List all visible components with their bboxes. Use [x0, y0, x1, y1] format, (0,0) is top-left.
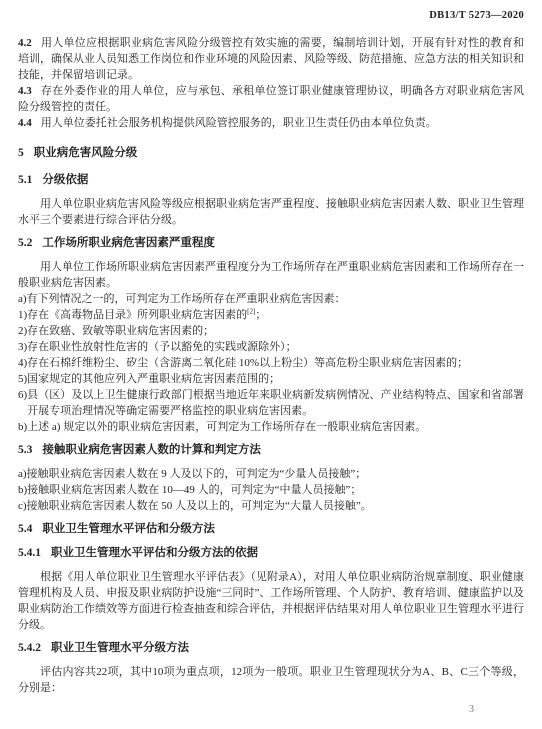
list-text-main: 接触职业病危害因素人数在 10—49 人的，可判定为“中量人员接触”；	[27, 484, 361, 496]
list-marker: b)	[18, 419, 27, 435]
list-item: a)接触职业病危害因素人数在 9 人及以下的，可判定为“少量人员接触”；	[18, 466, 524, 482]
section-title: 职业卫生管理水平评估和分级方法	[42, 523, 215, 535]
clause-text: 存在外委作业的用人单位，应与承包、承租单位签订职业健康管理协议，明确各方对职业病…	[18, 85, 524, 113]
clause-number: 4.2	[18, 37, 32, 49]
list-text-main: 存在职业性放射性危害的（予以豁免的实践或源除外）；	[27, 341, 297, 353]
list-marker: 1)	[18, 307, 27, 323]
document-body: 4.2用人单位应根据职业病危害风险分级管控有效实施的需要，编制培训计划，开展有针…	[18, 35, 524, 696]
section-title: 工作场所职业病危害因素严重程度	[42, 237, 215, 249]
list-item: 1)存在《高毒物品目录》所列职业病危害因素的[2]；	[18, 307, 524, 323]
clause-number: 4.4	[18, 117, 32, 129]
list-item: 5)国家规定的其他应列入严重职业病危害因素范围的；	[18, 371, 524, 387]
section-title: 分级依据	[42, 174, 88, 186]
clause-text: 用人单位应根据职业病危害风险分级管控有效实施的需要，编制培训计划，开展有针对性的…	[18, 37, 524, 81]
list-text: 有下列情况之一的，可判定为工作场所存在严重职业病危害因素：	[27, 291, 524, 307]
section-number: 5.3	[18, 444, 32, 456]
body-paragraph: 根据《用人单位职业卫生管理水平评估表》（见附录A），对用人单位职业病防治规章制度…	[18, 569, 524, 633]
section-title: 职业卫生管理水平分级方法	[51, 642, 189, 654]
section-title: 接触职业病危害因素人数的计算和判定方法	[42, 444, 261, 456]
document-page: DB13/T 5273—2020 4.2用人单位应根据职业病危害风险分级管控有效…	[0, 0, 542, 729]
list-marker: a)	[18, 291, 27, 307]
section-heading: 5.1分级依据	[18, 172, 524, 188]
list-text-main: 县（区）及以上卫生健康行政部门根据当地近年来职业病新发病例情况、产业结构特点、国…	[27, 389, 524, 417]
section-number: 5	[18, 147, 24, 159]
clause-text: 用人单位委托社会服务机构提供风险管控服务的，职业卫生责任仍由本单位负责。	[41, 117, 437, 129]
section-title: 职业卫生管理水平评估和分级方法的依据	[51, 547, 258, 559]
list-item: b)上述 a) 规定以外的职业病危害因素，可判定为工作场所存在一般职业病危害因素…	[18, 419, 524, 435]
list-item: 2)存在致癌、致敏等职业病危害因素的；	[18, 323, 524, 339]
list-text: 接触职业病危害因素人数在 10—49 人的，可判定为“中量人员接触”；	[27, 482, 524, 498]
section-number: 5.4	[18, 523, 32, 535]
list-text-main: 上述 a) 规定以外的职业病危害因素，可判定为工作场所存在一般职业病危害因素。	[27, 421, 426, 433]
section-heading: 5职业病危害风险分级	[18, 145, 524, 161]
section-number: 5.4.1	[18, 547, 41, 559]
body-paragraph: 用人单位工作场所职业病危害因素严重程度分为工作场所存在严重职业病危害因素和工作场…	[18, 259, 524, 291]
section-heading: 5.4.1职业卫生管理水平评估和分级方法的依据	[18, 545, 524, 561]
list-text: 接触职业病危害因素人数在 50 人及以上的，可判定为“大量人员接触”。	[27, 498, 524, 514]
page-number: 3	[469, 702, 474, 718]
list-item: c)接触职业病危害因素人数在 50 人及以上的，可判定为“大量人员接触”。	[18, 498, 524, 514]
list-marker: 6)	[18, 387, 27, 419]
body-paragraph: 用人单位职业病危害风险等级应根据职业病危害严重程度、接触职业病危害因素人数、职业…	[18, 196, 524, 228]
list-text-main: 存在石棉纤维粉尘、矽尘（含游离二氧化硅 10%以上粉尘）等高危粉尘职业病危害因素…	[27, 357, 468, 369]
list-text: 县（区）及以上卫生健康行政部门根据当地近年来职业病新发病例情况、产业结构特点、国…	[27, 387, 524, 419]
list-marker: 4)	[18, 355, 27, 371]
section-number: 5.1	[18, 174, 32, 186]
list-marker: 2)	[18, 323, 27, 339]
list-text-main: 接触职业病危害因素人数在 50 人及以上的，可判定为“大量人员接触”。	[27, 500, 372, 512]
body-paragraph: 评估内容共22项，其中10项为重点项，12项为一般项。职业卫生管理现状分为A、B…	[18, 664, 524, 696]
list-text: 存在职业性放射性危害的（予以豁免的实践或源除外）；	[27, 339, 524, 355]
section-heading: 5.4职业卫生管理水平评估和分级方法	[18, 521, 524, 537]
list-item: 6)县（区）及以上卫生健康行政部门根据当地近年来职业病新发病例情况、产业结构特点…	[18, 387, 524, 419]
clause-paragraph: 4.2用人单位应根据职业病危害风险分级管控有效实施的需要，编制培训计划，开展有针…	[18, 35, 524, 83]
list-text-main: 国家规定的其他应列入严重职业病危害因素范围的；	[27, 373, 280, 385]
section-heading: 5.3接触职业病危害因素人数的计算和判定方法	[18, 442, 524, 458]
list-text: 上述 a) 规定以外的职业病危害因素，可判定为工作场所存在一般职业病危害因素。	[27, 419, 524, 435]
section-number: 5.4.2	[18, 642, 41, 654]
section-number: 5.2	[18, 237, 32, 249]
list-marker: b)	[18, 482, 27, 498]
list-text-main: 存在《高毒物品目录》所列职业病危害因素的	[27, 309, 247, 321]
section-heading: 5.2工作场所职业病危害因素严重程度	[18, 235, 524, 251]
list-item: 3)存在职业性放射性危害的（予以豁免的实践或源除外）；	[18, 339, 524, 355]
clause-paragraph: 4.3存在外委作业的用人单位，应与承包、承租单位签订职业健康管理协议，明确各方对…	[18, 83, 524, 115]
clause-paragraph: 4.4用人单位委托社会服务机构提供风险管控服务的，职业卫生责任仍由本单位负责。	[18, 115, 524, 131]
list-item: b)接触职业病危害因素人数在 10—49 人的，可判定为“中量人员接触”；	[18, 482, 524, 498]
list-marker: c)	[18, 498, 27, 514]
list-text: 国家规定的其他应列入严重职业病危害因素范围的；	[27, 371, 524, 387]
list-marker: a)	[18, 466, 27, 482]
list-text-main: 存在致癌、致敏等职业病危害因素的；	[27, 325, 214, 337]
list-text-tail: ；	[255, 309, 266, 321]
document-number: DB13/T 5273—2020	[18, 8, 524, 24]
section-title: 职业病危害风险分级	[34, 147, 138, 159]
list-item: a)有下列情况之一的，可判定为工作场所存在严重职业病危害因素：	[18, 291, 524, 307]
list-text-main: 有下列情况之一的，可判定为工作场所存在严重职业病危害因素：	[27, 293, 346, 305]
list-text-main: 接触职业病危害因素人数在 9 人及以下的，可判定为“少量人员接触”；	[27, 468, 367, 480]
list-text: 存在石棉纤维粉尘、矽尘（含游离二氧化硅 10%以上粉尘）等高危粉尘职业病危害因素…	[27, 355, 524, 371]
list-text: 接触职业病危害因素人数在 9 人及以下的，可判定为“少量人员接触”；	[27, 466, 524, 482]
list-text: 存在致癌、致敏等职业病危害因素的；	[27, 323, 524, 339]
list-marker: 3)	[18, 339, 27, 355]
section-heading: 5.4.2职业卫生管理水平分级方法	[18, 640, 524, 656]
list-marker: 5)	[18, 371, 27, 387]
list-item: 4)存在石棉纤维粉尘、矽尘（含游离二氧化硅 10%以上粉尘）等高危粉尘职业病危害…	[18, 355, 524, 371]
clause-number: 4.3	[18, 85, 32, 97]
list-text: 存在《高毒物品目录》所列职业病危害因素的[2]；	[27, 307, 524, 323]
